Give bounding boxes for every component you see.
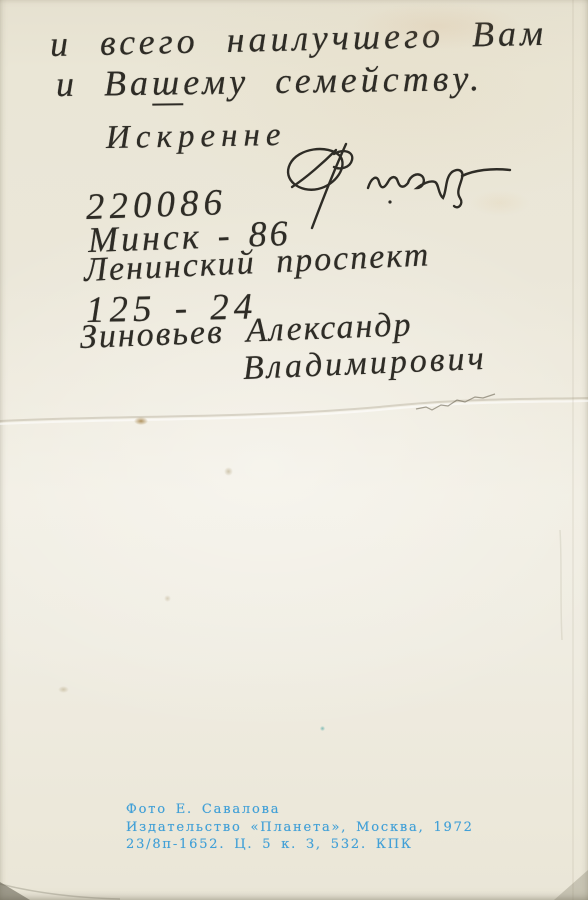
ink-dot	[388, 200, 391, 203]
paper-creases	[0, 0, 588, 900]
message-line-2: и Вашему семейству.	[56, 60, 484, 102]
paper-stain	[134, 417, 148, 425]
imprint-publisher-line: Издательство «Планета», Москва, 1972	[126, 819, 474, 837]
postcard-back: и всего наилучшего Вам и Вашему семейств…	[0, 0, 588, 900]
paper-speck	[224, 467, 233, 476]
message-line-2-underlined: ш	[152, 62, 184, 105]
message-line-2-suffix: ему семейству.	[183, 58, 483, 102]
imprint-print-code: 23/8п-1652. Ц. 5 к. З, 532. КПК	[126, 836, 474, 854]
publisher-imprint: Фото Е. Савалова Издательство «Планета»,…	[126, 801, 474, 854]
paper-speck	[320, 726, 325, 731]
imprint-photo-credit: Фото Е. Савалова	[126, 801, 474, 819]
recipient-name-line-2: Владимирович	[242, 342, 487, 386]
closing-word: Искренне	[106, 119, 287, 155]
paper-speck	[58, 686, 69, 693]
signature-flourish-icon	[276, 140, 518, 236]
paper-speck	[164, 595, 171, 602]
message-line-1: и всего наилучшего Вам	[50, 15, 548, 62]
message-line-2-prefix: и Ва	[56, 63, 153, 104]
